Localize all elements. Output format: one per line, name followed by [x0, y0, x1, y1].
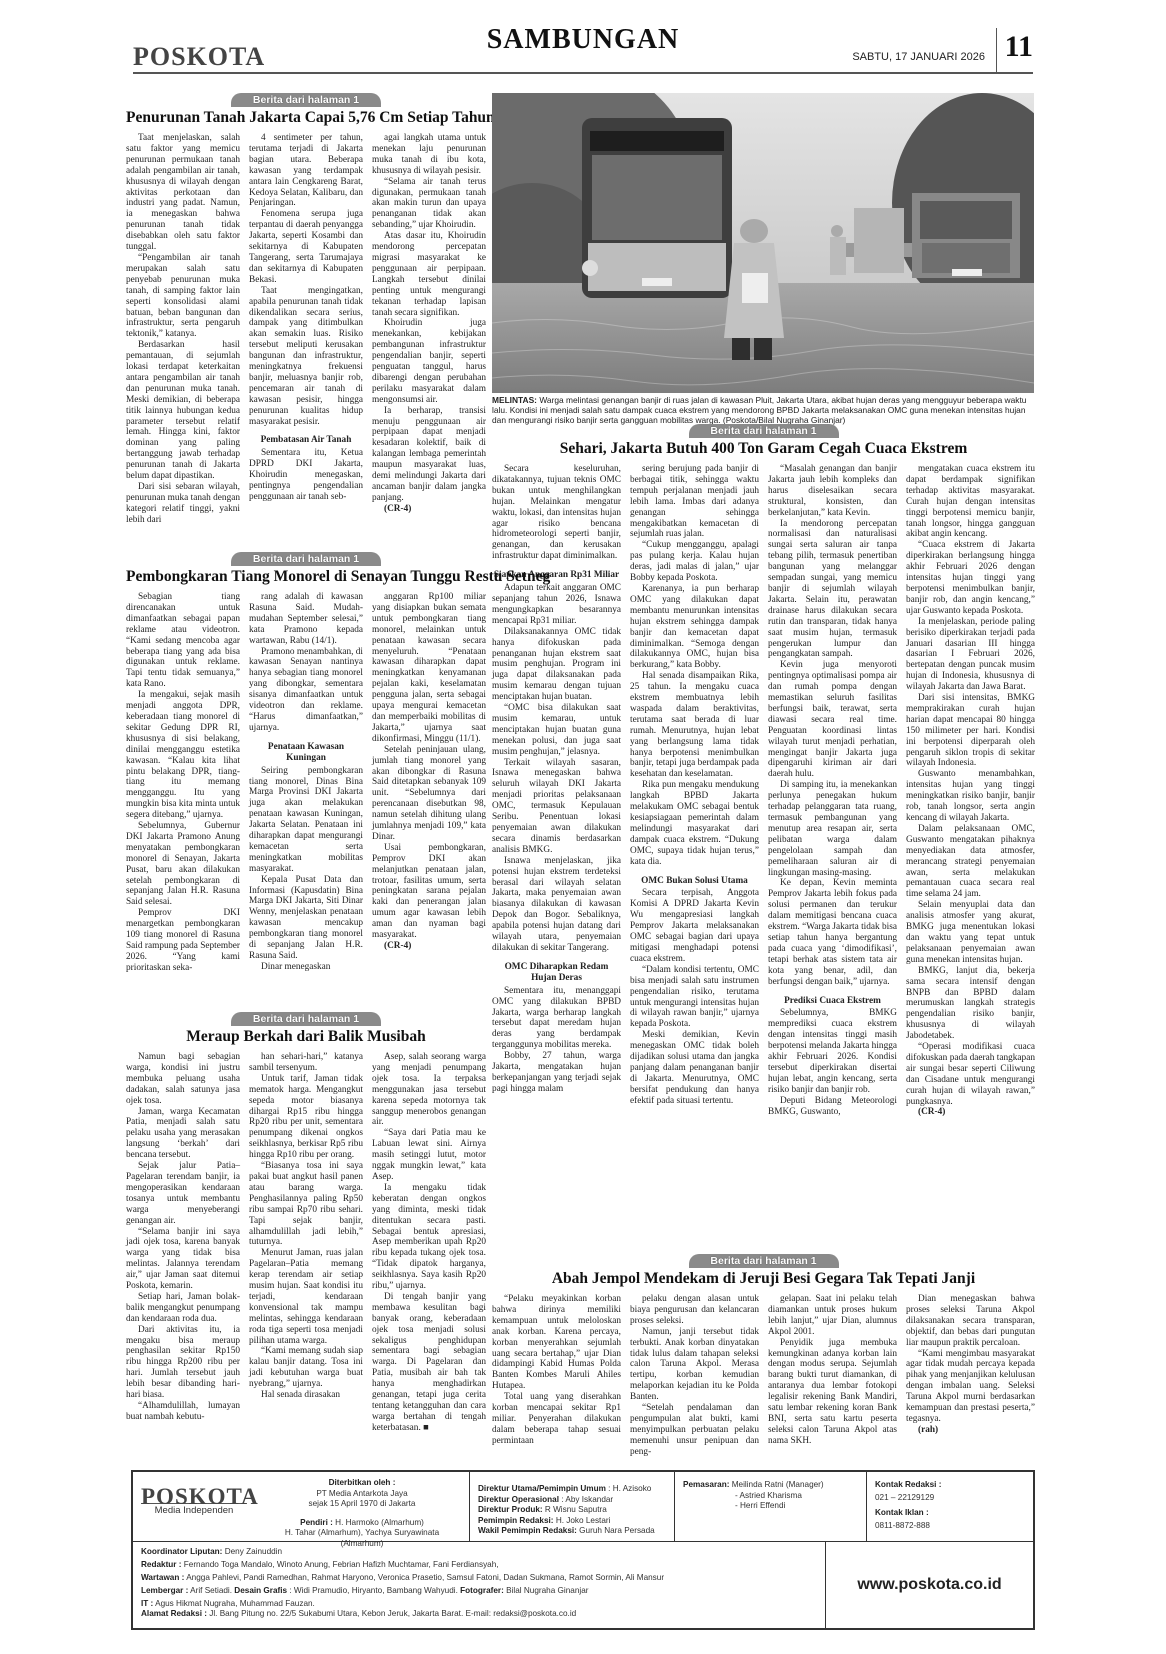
director-name: H. Joko Lestari	[556, 1516, 611, 1525]
paragraph: Ke depan, Kevin meminta Pemprov Jakarta …	[768, 878, 897, 987]
paragraph: “Cukup mengganggu, apalagi pas pulang ke…	[630, 540, 759, 584]
paragraph: Ia mengaku tidak keberatan dengan ongkos…	[372, 1183, 486, 1292]
imprint-tagline: Media Independen	[141, 1506, 247, 1517]
directors-cell: Direktur Utama/Pemimpin Umum : H. Azisok…	[470, 1472, 675, 1542]
article-column: Sebagian tiang direncanakan untuk dimanf…	[126, 592, 240, 974]
staff-row: Wartawan : Angga Pahlevi, Pandi Ramedhan…	[141, 1571, 817, 1584]
paragraph: Dari aktivitas itu, ia mengaku bisa mera…	[126, 1325, 240, 1401]
founder-1: H. Harmoko (Almarhum)	[335, 1518, 424, 1527]
article-columns: Namun bagi sebagian warga, kondisi ini j…	[126, 1052, 486, 1434]
paragraph: Setelah peninjauan ulang, jumlah tiang m…	[372, 745, 486, 843]
article-headline: Penurunan Tanah Jakarta Capai 5,76 Cm Se…	[126, 109, 486, 127]
paragraph: Kepala Pusat Data dan Informasi (Kapusda…	[249, 875, 363, 962]
paragraph: Untuk tarif, Jaman tidak mematok harga. …	[249, 1074, 363, 1161]
paragraph: Di samping itu, ia menekankan perlunya p…	[768, 780, 897, 878]
paragraph: “Setelah pendalaman dan pengumpulan alat…	[630, 1403, 759, 1458]
paragraph: Pemprov DKI menargetkan pembongkaran 109…	[126, 908, 240, 973]
staff-row-address: Alamat Redaksi : Jl. Bang Pitung no. 22/…	[141, 1609, 817, 1619]
marketing-staff-2: - Herri Effendi	[683, 1501, 858, 1512]
published-by-label: Diterbitkan oleh :	[263, 1478, 461, 1489]
director-name: H. Azisoko	[613, 1484, 652, 1493]
founder-label: Pendiri :	[300, 1518, 333, 1527]
staff-row-it: IT : Agus Hikmat Nugraha, Muhammad Fauza…	[141, 1599, 817, 1609]
paragraph: Berdasarkan hasil pemantauan, di sejumla…	[126, 340, 240, 482]
paragraph: 4 sentimeter per tahun, terutama terjadi…	[249, 133, 363, 209]
paragraph: Meski demikian, Kevin menegaskan OMC tid…	[630, 1030, 759, 1106]
article-column: Secara keseluruhan, dikatakannya, tujuan…	[492, 464, 621, 1118]
paragraph: rang adalah di kawasan Rasuna Said. Muda…	[249, 592, 363, 647]
paragraph: “Saya dari Patia mau ke Labuan lewat sin…	[372, 1128, 486, 1183]
article-abah-jempol: Berita dari halaman 1Abah Jempol Mendeka…	[492, 1254, 1035, 1458]
design-names: : Widi Pramudio, Hiryanto, Bambang Wahyu…	[287, 1586, 458, 1595]
article-columns: “Pelaku meyakinkan korban bahwa dirinya …	[492, 1294, 1035, 1458]
author-signature: (CR-4)	[372, 941, 486, 952]
marketing-line-1: Pemasaran: Meilinda Ratni (Manager)	[683, 1480, 858, 1491]
article-headline: Pembongkaran Tiang Monorel di Senayan Tu…	[126, 568, 486, 586]
staff-names: Angga Pahlevi, Pandi Ramedhan, Rahmat Ha…	[184, 1573, 664, 1582]
masthead-divider	[996, 28, 997, 72]
article-headline: Meraup Berkah dari Balik Musibah	[126, 1028, 486, 1046]
address-label: Alamat Redaksi :	[141, 1609, 207, 1618]
paragraph: “OMC bisa dilakukan saat musim kemarau, …	[492, 703, 621, 758]
paragraph: han sehari-hari,” katanya sambil terseny…	[249, 1052, 363, 1074]
director-role: Direktur Operasional	[478, 1495, 559, 1504]
caption-text: Warga melintasi genangan banjir di ruas …	[492, 395, 1026, 425]
page-number: 11	[1005, 30, 1033, 64]
photographer-names: Bilal Nugraha Ginanjar	[504, 1586, 589, 1595]
paragraph: Sementara itu, menanggapi OMC yang dilak…	[492, 986, 621, 1051]
director-row: Direktur Utama/Pemimpin Umum : H. Azisok…	[478, 1484, 666, 1495]
paragraph: Secara terpisah, Anggota Komisi A DPRD J…	[630, 888, 759, 964]
paragraph: Seiring pembongkaran tiang monorel, Dina…	[249, 766, 363, 875]
it-names: Agus Hikmat Nugraha, Muhammad Fauzan.	[153, 1599, 315, 1608]
marketing-label: Pemasaran:	[683, 1480, 729, 1489]
paragraph: Atas dasar itu, Khoirudin mendorong perc…	[372, 231, 486, 318]
article-column: anggaran Rp100 miliar yang disiapkan buk…	[372, 592, 486, 974]
subheading: Prediksi Cuaca Ekstrem	[768, 996, 897, 1007]
paragraph: “Operasi modifikasi cuaca difokuskan pad…	[906, 1042, 1035, 1107]
article-column: mengatakan cuaca ekstrem itu dapat berda…	[906, 464, 1035, 1118]
paragraph: “Cuaca ekstrem di Jakarta diperkirakan b…	[906, 540, 1035, 616]
paragraph: Sebelumnya, BMKG memprediksi cuaca ekstr…	[768, 1008, 897, 1095]
paragraph: Sementara itu, Ketua DPRD DKI Jakarta, K…	[249, 448, 363, 503]
article-column: “Pelaku meyakinkan korban bahwa dirinya …	[492, 1294, 621, 1458]
paragraph: “Kami memang sudah siap kalau banjir dat…	[249, 1346, 363, 1390]
paragraph: “Dalam kondisi tertentu, OMC bisa menjad…	[630, 965, 759, 1030]
subheading: OMC Bukan Solusi Utama	[630, 876, 759, 887]
director-role: Wakil Pemimpin Redaksi:	[478, 1526, 577, 1535]
imprint-box: POSKOTA Media Independen Diterbitkan ole…	[131, 1470, 1035, 1630]
author-signature: (CR-4)	[906, 1107, 1035, 1118]
paragraph: “Biasanya tosa ini saya pakai buat angku…	[249, 1161, 363, 1248]
paragraph: Secara keseluruhan, dikatakannya, tujuan…	[492, 464, 621, 562]
paragraph: “Alhamdulillah, lumayan buat nambah kebu…	[126, 1401, 240, 1423]
design-label: Desain Grafis	[234, 1586, 287, 1595]
paragraph: Hal senada dirasakan	[249, 1390, 363, 1401]
paragraph: “Selama banjir ini saya jadi ojek tosa, …	[126, 1227, 240, 1292]
paragraph: Ia mendorong percepatan normalisasi dan …	[768, 519, 897, 661]
director-row: Pemimpin Redaksi: H. Joko Lestari	[478, 1516, 666, 1527]
staff-row: Redaktur : Fernando Toga Mandalo, Winoto…	[141, 1558, 817, 1571]
article-column: Dian menegaskan bahwa proses seleksi Tar…	[906, 1294, 1035, 1458]
author-signature: (rah)	[906, 1425, 1035, 1436]
staff-role: Wartawan :	[141, 1573, 184, 1582]
article-column: Asep, salah seorang warga yang menjadi p…	[372, 1052, 486, 1434]
paragraph: Dari sisi intensitas, BMKG memprakirakan…	[906, 693, 1035, 769]
website-link[interactable]: www.poskota.co.id	[826, 1542, 1033, 1628]
paragraph: Namun, janji tersebut tidak terbukti. An…	[630, 1327, 759, 1403]
lembergar-label: Lembergar :	[141, 1586, 188, 1595]
contact-ads-phone[interactable]: 0811-8872-888	[875, 1519, 1025, 1532]
publisher-cell: Diterbitkan oleh : PT Media Antarkota Ja…	[255, 1472, 470, 1542]
contact-editorial-label: Kontak Redaksi :	[875, 1478, 1025, 1491]
issue-date: SABTU, 17 JANUARI 2026	[852, 51, 985, 63]
paragraph: “Selama air tanah terus digunakan, permu…	[372, 177, 486, 232]
article-garam-cuaca-ekstrem: Berita dari halaman 1Sehari, Jakarta But…	[492, 424, 1035, 1118]
subheading: Penataan Kawasan Kuningan	[249, 742, 363, 764]
article-columns: Sebagian tiang direncanakan untuk dimanf…	[126, 592, 486, 974]
paragraph: Isnawa menjelaskan, jika potensi hujan e…	[492, 856, 621, 954]
section-tag: Berita dari halaman 1	[689, 1254, 839, 1268]
article-column: agai langkah utama untuk menekan laju pe…	[372, 133, 486, 526]
paragraph: Dian menegaskan bahwa proses seleksi Tar…	[906, 1294, 1035, 1349]
paragraph: Usai pembongkaran, Pemprov DKI akan mela…	[372, 843, 486, 941]
section-tag: Berita dari halaman 1	[231, 552, 381, 566]
article-column: sering berujung pada banjir di berbagai …	[630, 464, 759, 1118]
article-penurunan-tanah: Berita dari halaman 1Penurunan Tanah Jak…	[126, 93, 486, 526]
paragraph: BMKG, lanjut dia, bekerja sama secara in…	[906, 966, 1035, 1042]
director-row: Wakil Pemimpin Redaksi: Guruh Nara Persa…	[478, 1526, 666, 1537]
article-headline: Abah Jempol Mendekam di Jeruji Besi Gega…	[492, 1270, 1035, 1288]
paragraph: Dinar menegaskan	[249, 962, 363, 973]
paragraph: agai langkah utama untuk menekan laju pe…	[372, 133, 486, 177]
staff-names: Deny Zainuddin	[222, 1547, 282, 1556]
marketing-manager: Meilinda Ratni (Manager)	[732, 1480, 824, 1489]
paragraph: Di tengah banjir yang membawa kesulitan …	[372, 1292, 486, 1434]
photographer-label: Fotografer:	[460, 1586, 504, 1595]
paragraph: Total uang yang diserahkan korban mencap…	[492, 1392, 621, 1447]
paragraph: Terkait wilayah sasaran, Isnawa menegask…	[492, 758, 621, 856]
director-role: Direktur Utama/Pemimpin Umum	[478, 1484, 606, 1493]
marketing-staff-1: - Astried Kharisma	[683, 1491, 858, 1502]
it-label: IT :	[141, 1599, 153, 1608]
staff-list: Koordinator Liputan: Deny ZainuddinRedak…	[133, 1542, 826, 1628]
director-name: R Wisnu Saputra	[545, 1505, 607, 1514]
article-column: pelaku dengan alasan untuk biaya penguru…	[630, 1294, 759, 1458]
publisher-name: PT Media Antarkota Jaya	[263, 1489, 461, 1500]
section-tag: Berita dari halaman 1	[689, 424, 839, 438]
article-column: rang adalah di kawasan Rasuna Said. Muda…	[249, 592, 363, 974]
address-text: Jl. Bang Pitung no. 22/5 Sukabumi Utara,…	[207, 1609, 576, 1618]
paragraph: Fenomena serupa juga terpantau di daerah…	[249, 209, 363, 285]
paragraph: Selain menyuplai data dan analisis atmos…	[906, 900, 1035, 965]
article-column: gelapan. Saat ini pelaku telah diamankan…	[768, 1294, 897, 1458]
imprint-bottom-row: Koordinator Liputan: Deny ZainuddinRedak…	[133, 1542, 1033, 1628]
paragraph: Deputi Bidang Meteorologi BMKG, Guswanto…	[768, 1096, 897, 1118]
paragraph: Sejak jalur Patia–Pagelaran terendam ban…	[126, 1161, 240, 1226]
paragraph: anggaran Rp100 miliar yang disiapkan buk…	[372, 592, 486, 745]
paragraph: “Masalah genangan dan banjir Jakarta jau…	[768, 464, 897, 519]
founder-line: Pendiri : H. Harmoko (Almarhum)	[263, 1518, 461, 1529]
paragraph: Khoirudin juga menekankan, kebijakan pem…	[372, 318, 486, 405]
publisher-since: sejak 15 April 1970 di Jakarta	[263, 1499, 461, 1510]
article-meraup-berkah: Berita dari halaman 1Meraup Berkah dari …	[126, 1012, 486, 1434]
paragraph: gelapan. Saat ini pelaku telah diamankan…	[768, 1294, 897, 1338]
paragraph: Jaman, warga Kecamatan Patia, menjadi sa…	[126, 1107, 240, 1162]
article-column: han sehari-hari,” katanya sambil terseny…	[249, 1052, 363, 1434]
staff-row-production: Lembergar : Arif Setiadi. Desain Grafis …	[141, 1584, 817, 1597]
news-photo-flood	[492, 93, 1034, 393]
staff-row: Koordinator Liputan: Deny Zainuddin	[141, 1545, 817, 1558]
caption-label: MELINTAS:	[492, 395, 537, 405]
paragraph: mengatakan cuaca ekstrem itu dapat berda…	[906, 464, 1035, 540]
paragraph: Adapun terkait anggaran OMC sepanjang ta…	[492, 583, 621, 627]
paragraph: Taat menjelaskan, salah satu faktor yang…	[126, 133, 240, 253]
article-column: “Masalah genangan dan banjir Jakarta jau…	[768, 464, 897, 1118]
staff-role: Koordinator Liputan:	[141, 1547, 222, 1556]
paragraph: sering berujung pada banjir di berbagai …	[630, 464, 759, 540]
staff-role: Redaktur :	[141, 1560, 182, 1569]
subheading: Pembatasan Air Tanah	[249, 435, 363, 446]
director-name: Guruh Nara Persada	[579, 1526, 655, 1535]
director-separator: :	[606, 1484, 613, 1493]
paragraph: “Pengambilan air tanah merupakan salah s…	[126, 253, 240, 340]
paragraph: Guswanto menambahkan, intensitas hujan y…	[906, 769, 1035, 824]
contact-cell: Kontak Redaksi : 021 – 22129129 Kontak I…	[867, 1472, 1033, 1542]
article-headline: Sehari, Jakarta Butuh 400 Ton Garam Cega…	[492, 440, 1035, 458]
photo-caption: MELINTAS: Warga melintasi genangan banji…	[492, 395, 1034, 426]
paragraph: Kevin juga menyoroti pentingnya optimali…	[768, 660, 897, 780]
paragraph: Karenanya, ia pun berharap OMC yang dila…	[630, 584, 759, 671]
paragraph: Rika pun mengaku mendukung langkah BPBD …	[630, 780, 759, 867]
article-columns: Taat menjelaskan, salah satu faktor yang…	[126, 133, 486, 526]
director-row: Direktur Produk: R Wisnu Saputra	[478, 1505, 666, 1516]
imprint-logo: POSKOTA	[141, 1478, 247, 1504]
paragraph: Setiap hari, Jaman bolak-balik mengangku…	[126, 1292, 240, 1325]
contact-editorial-phone[interactable]: 021 – 22129129	[875, 1491, 1025, 1504]
masthead: POSKOTA SAMBUNGAN SABTU, 17 JANUARI 2026…	[133, 22, 1033, 74]
lembergar-names: Arif Setiadi.	[188, 1586, 232, 1595]
flood-photo-illustration	[492, 93, 1034, 393]
article-column: Taat menjelaskan, salah satu faktor yang…	[126, 133, 240, 526]
marketing-cell: Pemasaran: Meilinda Ratni (Manager) - As…	[675, 1472, 867, 1542]
paragraph: Sebelumnya, Gubernur DKI Jakarta Pramono…	[126, 821, 240, 908]
paragraph: Menurut Jaman, ruas jalan Pagelaran–Pati…	[249, 1248, 363, 1346]
paragraph: Ia mengakui, sejak masih menjadi anggota…	[126, 690, 240, 821]
imprint-top-row: POSKOTA Media Independen Diterbitkan ole…	[133, 1472, 1033, 1542]
paragraph: pelaku dengan alasan untuk biaya penguru…	[630, 1294, 759, 1327]
paragraph: Asep, salah seorang warga yang menjadi p…	[372, 1052, 486, 1128]
paragraph: Penyidik juga membuka kemungkinan adanya…	[768, 1338, 897, 1447]
paragraph: Taat mengingatkan, apabila penurunan tan…	[249, 286, 363, 428]
paragraph: Dilaksanakannya OMC tidak hanya difokusk…	[492, 627, 621, 703]
paragraph: Ia menjelaskan, periode paling berisiko …	[906, 617, 1035, 693]
director-role: Pemimpin Redaksi:	[478, 1516, 554, 1525]
paragraph: Sebagian tiang direncanakan untuk dimanf…	[126, 592, 240, 690]
paragraph: Dari sisi sebaran wilayah, penurunan muk…	[126, 482, 240, 526]
paragraph: “Pelaku meyakinkan korban bahwa dirinya …	[492, 1294, 621, 1392]
director-row: Direktur Operasional : Aby Iskandar	[478, 1495, 666, 1506]
paragraph: Pramono menambahkan, di kawasan Senayan …	[249, 647, 363, 734]
staff-names: Fernando Toga Mandalo, Winoto Anung, Feb…	[182, 1560, 499, 1569]
paragraph: Hal senada disampaikan Rika, 25 tahun. I…	[630, 671, 759, 780]
article-columns: Secara keseluruhan, dikatakannya, tujuan…	[492, 464, 1035, 1118]
contact-ads-label: Kontak Iklan :	[875, 1506, 1025, 1519]
paragraph: Ia berharap, transisi menuju penggunaan …	[372, 406, 486, 504]
director-name: Aby Iskandar	[565, 1495, 613, 1504]
article-column: 4 sentimeter per tahun, terutama terjadi…	[249, 133, 363, 526]
author-signature: (CR-4)	[372, 504, 486, 515]
article-tiang-monorel: Berita dari halaman 1Pembongkaran Tiang …	[126, 552, 486, 974]
paragraph: Dalam pelaksanaan OMC, Guswanto mengatak…	[906, 824, 1035, 900]
paragraph: Bobby, 27 tahun, warga Jakarta, mengatak…	[492, 1051, 621, 1095]
imprint-logo-cell: POSKOTA Media Independen	[133, 1472, 255, 1542]
section-tag: Berita dari halaman 1	[231, 93, 381, 107]
subheading: OMC Diharapkan Redam Hujan Deras	[492, 962, 621, 984]
paragraph: Namun bagi sebagian warga, kondisi ini j…	[126, 1052, 240, 1107]
director-role: Direktur Produk:	[478, 1505, 543, 1514]
paragraph: “Kami mengimbau masyarakat agar tidak mu…	[906, 1349, 1035, 1425]
article-column: Namun bagi sebagian warga, kondisi ini j…	[126, 1052, 240, 1434]
section-tag: Berita dari halaman 1	[231, 1012, 381, 1026]
